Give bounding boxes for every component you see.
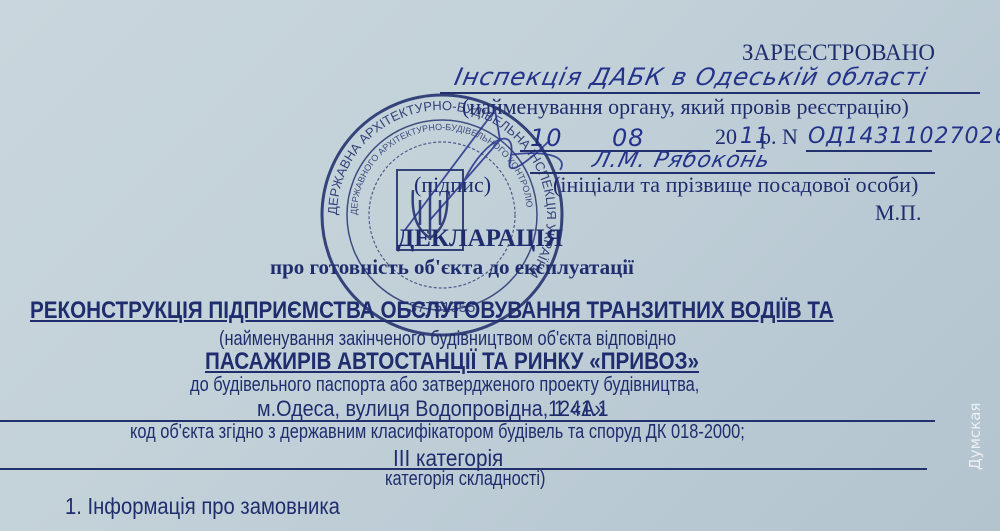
passport-caption: до будівельного паспорта або затверджено… bbox=[190, 374, 699, 397]
watermark: Думская bbox=[966, 403, 984, 470]
section-customer-info: 1. Інформація про замовника bbox=[65, 493, 340, 520]
object-name-line2: ПАСАЖИРІВ АВТОСТАНЦІЇ ТА РИНКУ «ПРИВОЗ» bbox=[205, 348, 699, 376]
declaration-subtitle: про готовність об'єкта до експлуатації bbox=[270, 255, 634, 280]
signature bbox=[400, 100, 580, 240]
object-code: 1241.1 bbox=[548, 396, 609, 422]
authority-handwritten: Інспекція ДАБК в Одеській області bbox=[452, 63, 930, 91]
official-caption: (ініціали та прізвище посадової особи) bbox=[553, 172, 918, 198]
number-underline bbox=[806, 150, 932, 152]
seal-label: М.П. bbox=[875, 200, 921, 226]
object-name-line1: РЕКОНСТРУКЦІЯ ПІДПРИЄМСТВА ОБСЛУГОВУВАНН… bbox=[30, 297, 834, 325]
official-name-handwritten: Л.М. Рябоконь bbox=[590, 148, 773, 173]
declaration-title: ДЕКЛАРАЦІЯ bbox=[397, 225, 563, 253]
registration-number-label: р. N bbox=[760, 124, 798, 150]
year-prefix: 20 bbox=[715, 124, 737, 150]
registration-number: ОД14311027026 bbox=[808, 124, 1000, 149]
classifier-caption: код об'єкта згідно з державним класифіка… bbox=[130, 421, 745, 444]
category-caption: категорія складності) bbox=[385, 468, 546, 491]
